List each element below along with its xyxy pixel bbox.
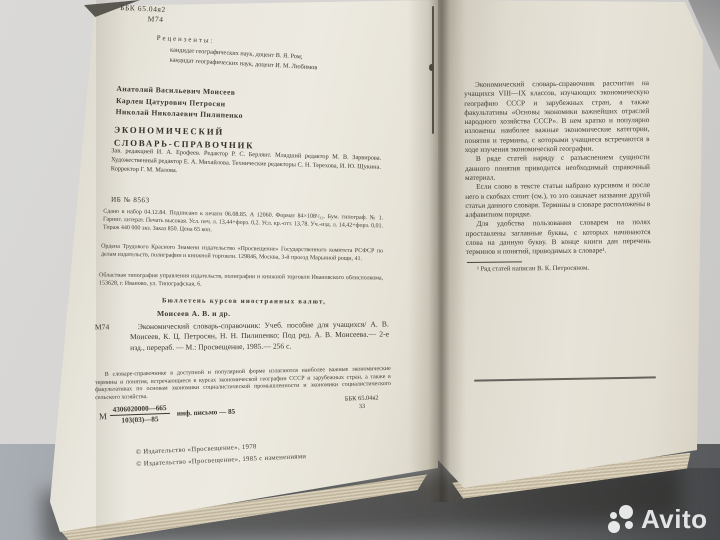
avito-logo-circle [608,521,620,533]
bbk-secondary-code: 33 [345,402,379,410]
right-page-content: Экономический словарь-справочник рассчит… [438,0,706,496]
catalog-card: М74 Экономический словарь-справочник: Уч… [95,319,389,353]
copyright-block: © Издательство «Просвещение», 1978 © Изд… [136,439,307,470]
avito-logo-circle [610,512,617,519]
bbk-classification-bottom: ББК 65.04я2 33 [345,394,379,410]
intro-paragraph: Экономический словарь-справочник рассчит… [464,78,650,154]
formula-prefix: М [99,411,107,421]
formula-suffix: инф. письмо — 85 [177,407,236,417]
page-crease-line [474,376,656,381]
catalog-card-index: М74 [95,322,109,333]
authors-block: Анатолий Васильевич Моисеев Карлен Цатур… [115,83,243,121]
printing-details: Сдано в набор 04.12.84. Подписано к печа… [103,209,383,240]
formula-fraction: 4306020000—665 103(03)—85 [110,404,171,425]
editorial-staff: Зав. редакцией И. А. Ерофеев. Редактор Р… [111,147,382,181]
catalog-card-author: Моисеев А. В. и др. [157,309,230,318]
avito-watermark: Avito [608,504,708,535]
avito-logo-icon [608,505,636,535]
formula-denominator: 103(03)—85 [110,414,170,425]
printing-house-info: Областная типография управления издатель… [99,273,383,292]
bbk-code-bottom: ББК 65.04я2 [345,394,379,402]
intro-paragraph: Если слово в тексте статьи набрано курси… [465,180,650,219]
avito-watermark-text: Avito [641,504,708,535]
bbk-author-sign: М74 [148,14,166,24]
avito-logo-circle [619,505,633,519]
catalog-card-description: Экономический словарь-справочник: Учеб. … [130,319,389,353]
avito-logo-circle [625,521,633,529]
intro-text-column: Экономический словарь-справочник рассчит… [464,78,651,274]
ib-number: ИБ № 8563 [111,196,150,205]
bulletin-line: Бюллетень курсов иностранных валют, [108,297,380,306]
bbk-code: ББК 65.04я2 [120,3,166,14]
publisher-info: Ордена Трудового Красного Знамени издате… [101,244,383,265]
intro-paragraph: Для удобства пользования словарем на пол… [465,217,650,256]
catalog-index-formula: М 4306020000—665 103(03)—85 инф. письмо … [99,402,236,426]
bbk-classification-top: ББК 65.04я2 М74 [120,3,166,24]
footnote-separator [467,261,522,263]
reviewers-block: Рецензенты: кандидат географических наук… [155,35,318,73]
book-photo-scene: ББК 65.04я2 М74 Рецензенты: кандидат гео… [0,0,720,540]
footnote-text: ¹ Ряд статей написан В. К. Петросяном. [466,264,651,275]
left-page-content: ББК 65.04я2 М74 Рецензенты: кандидат гео… [50,0,438,534]
intro-paragraph: В ряде статей наряду с разъяснением сущн… [465,152,650,182]
